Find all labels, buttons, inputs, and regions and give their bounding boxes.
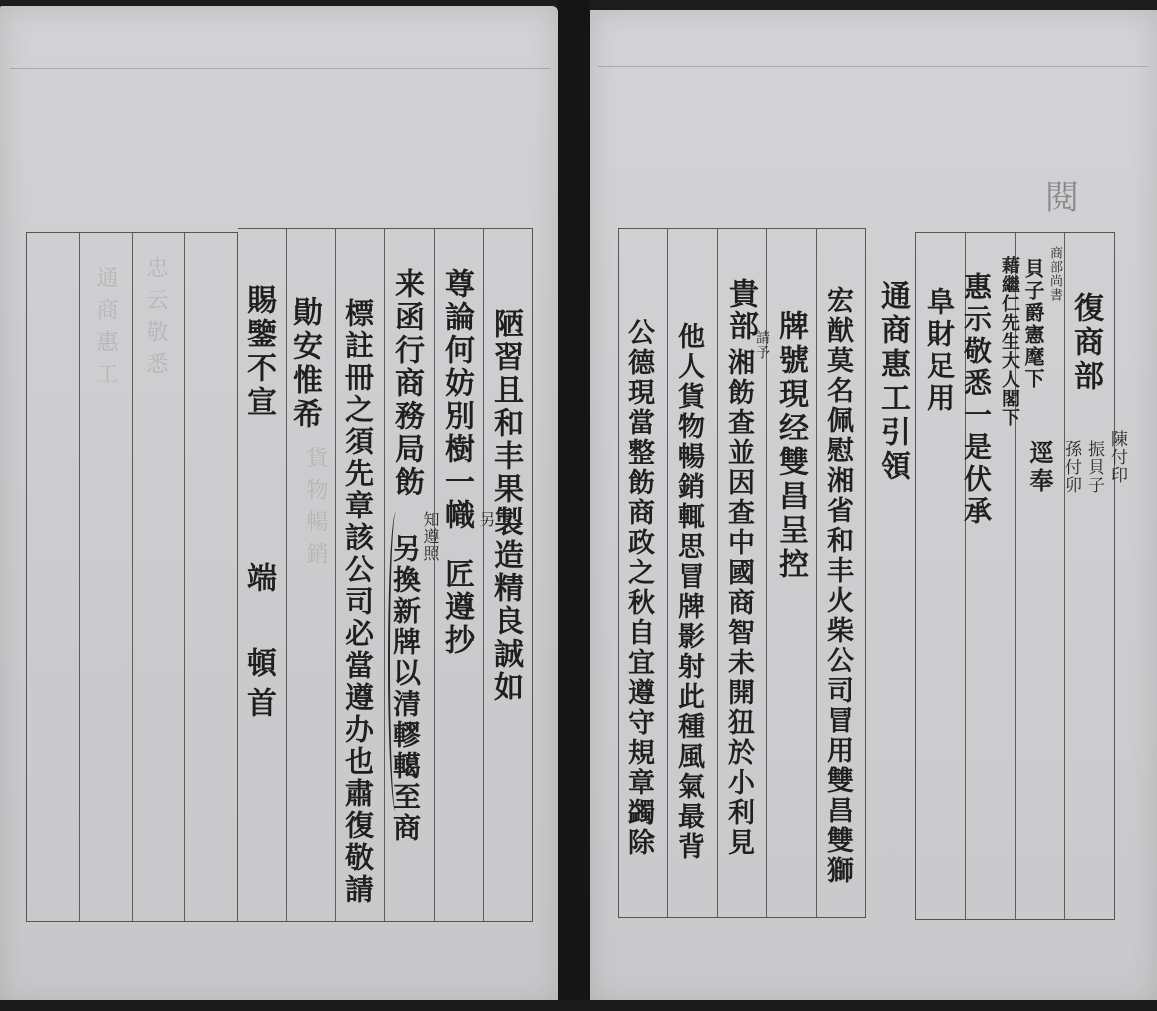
fold-line xyxy=(598,66,1148,67)
letter-column-l4: 標註冊之須先章該公司必當遵办也肅復敬請 xyxy=(343,298,372,906)
letter-column-r5: 阜財足用 xyxy=(925,287,953,415)
left-page: 忠云敬悉 通商惠工 貨物暢銷 陋習且和丰果製造精良誠如 尊論何妨別樹一幟 匠遵抄… xyxy=(0,6,558,1004)
letter-column-l6: 賜鑒不宣 xyxy=(243,284,273,420)
bleed-through-text: 通商惠工 xyxy=(90,266,121,394)
letter-column-r6: 通商惠工引領 xyxy=(877,280,907,484)
letter-column-l1: 陋習且和丰果製造精良誠如 xyxy=(490,308,520,704)
annotation-note: 陳付印 xyxy=(1108,430,1125,484)
signature-column: 端 頓首 xyxy=(243,562,273,727)
letter-column-l2: 尊論何妨別樹一幟 xyxy=(441,268,471,532)
interlinear-note: 請予 xyxy=(755,330,769,360)
letter-column-l3: 来函行商務局飭 xyxy=(391,268,421,499)
letter-column-r11: 公德現當整飭商政之秋自宜遵守規章蠲除 xyxy=(625,318,652,858)
letter-column-r9-cont: 湘飭查並因查中國商智未開狃於小利見 xyxy=(725,348,752,858)
letter-column-r3: 藉繼仁先生大人閣下 xyxy=(1000,256,1018,427)
letter-column-r4: 惠示敬悉一是伏承 xyxy=(962,272,990,528)
insertion-mark xyxy=(388,512,404,812)
grid-column xyxy=(184,233,237,921)
interlinear-note: 商部尚書 xyxy=(1048,246,1061,302)
reviewed-stamp: 閱 xyxy=(1045,170,1079,219)
letter-column-r8: 牌號現经雙昌呈控 xyxy=(775,310,805,582)
letter-column-r10: 他人貨物暢銷輒思冒牌影射此種風氣最背 xyxy=(675,322,702,862)
letter-column-r9: 貴部 xyxy=(725,278,755,342)
fold-line xyxy=(10,68,550,69)
right-page: 閱 復商部 陳付印 振貝子 孫付卯 貝子爵憲麾下 商部尚書 逕奉 藉繼仁先生大人… xyxy=(590,10,1157,1004)
grid-column xyxy=(27,233,79,921)
interlinear-note: 另 xyxy=(478,511,494,528)
bleed-through-text: 忠云敬悉 xyxy=(140,256,171,384)
interlinear-note: 知遵照 xyxy=(422,511,438,562)
letter-column-r1: 復商部 xyxy=(1070,292,1100,394)
annotation-note: 振貝子 xyxy=(1085,440,1102,494)
closing-phrase: 逕奉 xyxy=(1027,440,1051,496)
letter-column-r7: 宏猷莫名佩慰湘省和丰火柴公司冒用雙昌雙獅 xyxy=(824,286,851,886)
book-spine xyxy=(558,0,590,1011)
letter-column-l5: 勛安惟希 xyxy=(289,296,319,432)
letter-column-r2: 貝子爵憲麾下 xyxy=(1023,258,1043,390)
ruled-grid-left-blank xyxy=(26,232,238,922)
letter-column-l2-cont: 匠遵抄 xyxy=(441,558,471,657)
annotation-note: 孫付卯 xyxy=(1062,440,1079,494)
table-surface xyxy=(0,1000,1157,1011)
